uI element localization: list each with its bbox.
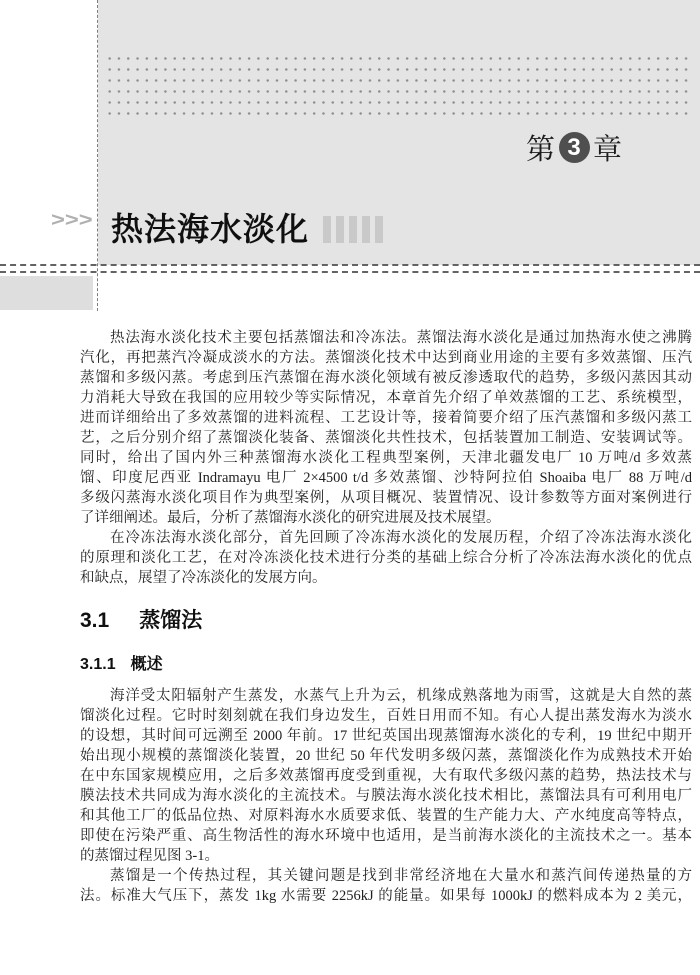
text-line: 在中东国家规模应用，之后多效蒸馏再度受到重视，大有取代多级闪蒸的趋势，热法技术与: [80, 766, 692, 786]
title-bar: [323, 216, 331, 243]
text-line: 和缺点，展望了冷冻淡化的发展方向。: [80, 568, 692, 588]
text-line: 了详细阐述。最后，分析了蒸馏海水淡化的研究进展及技术展望。: [80, 508, 692, 528]
overview-paragraph-1: 海洋受太阳辐射产生蒸发，水蒸气上升为云，机缘成熟落地为雨雪，这就是大自然的蒸馏淡…: [80, 686, 692, 866]
heading-number: 3.1: [80, 609, 109, 632]
page-content: 热法海水淡化技术主要包括蒸馏法和冷冻法。蒸馏法海水淡化是通过加热海水使之沸腾汽化…: [80, 328, 692, 906]
text-line: 艺，之后分别介绍了蒸馏淡化装备、蒸馏淡化共性技术，包括装置加工制造、安装调试等。: [80, 428, 692, 448]
text-line: 同时，给出了国内外三种蒸馏海水淡化工程典型案例，天津北疆发电厂 10 万吨/d …: [80, 448, 692, 468]
text-line: 多级闪蒸海水淡化项目作为典型案例，从项目概况、装置情况、设计参数等方面对案例进行: [80, 488, 692, 508]
book-page: 第 3 章 热法海水淡化 >>> 热法海水淡化技术主要包括蒸馏法和冷冻法。蒸馏法…: [0, 0, 700, 975]
chevrons-icon: >>>: [51, 210, 93, 232]
chapter-prefix: 第: [526, 127, 556, 168]
chapter-number-badge: 3: [559, 132, 590, 163]
heading-title: 蒸馏法: [139, 609, 202, 632]
chapter-title: 热法海水淡化: [111, 210, 309, 248]
heading-title: 概述: [131, 656, 163, 673]
text-line: 热法海水淡化技术主要包括蒸馏法和冷冻法。蒸馏法海水淡化是通过加热海水使之沸腾: [80, 328, 692, 348]
text-line: 力消耗大导致在我国的应用较少等实际情况，本章首先介绍了单效蒸馏的工艺、系统模型，: [80, 388, 692, 408]
horizontal-dashed-line-bottom: [0, 271, 700, 273]
title-bar: [349, 216, 357, 243]
intro-paragraph-1: 热法海水淡化技术主要包括蒸馏法和冷冻法。蒸馏法海水淡化是通过加热海水使之沸腾汽化…: [80, 328, 692, 528]
text-line: 在冷冻法海水淡化部分，首先回顾了冷冻海水淡化的发展历程，介绍了冷冻法海水淡化: [80, 528, 692, 548]
title-bar: [336, 216, 344, 243]
chapter-title-row: 热法海水淡化: [111, 210, 383, 248]
text-line: 馏淡化过程。它时时刻刻就在我们身边发生，百姓日用而不知。有心人提出蒸发海水为淡水: [80, 706, 692, 726]
chapter-suffix: 章: [593, 127, 623, 168]
section-3-1-heading: 3.1蒸馏法: [80, 610, 692, 632]
chapter-marker: 第 3 章: [526, 130, 623, 164]
text-line: 的设想，其时间可远溯至 2000 年前。17 世纪英国出现蒸馏海水淡化的专利，1…: [80, 726, 692, 746]
text-line: 的蒸馏过程见图 3-1。: [80, 846, 692, 866]
text-line: 和其他工厂的低品位热、对原料海水水质要求低、装置的生产能力大、产水纯度高等特点，: [80, 806, 692, 826]
text-line: 的原理和淡化工艺，在对冷冻淡化技术进行分类的基础上综合分析了冷冻法海水淡化的优点: [80, 548, 692, 568]
title-decor-bars: [323, 216, 383, 243]
intro-paragraph-2: 在冷冻法海水淡化部分，首先回顾了冷冻海水淡化的发展历程，介绍了冷冻法海水淡化的原…: [80, 528, 692, 588]
text-line: 法。标准大气压下，蒸发 1kg 水需要 2256kJ 的能量。如果每 1000k…: [80, 886, 692, 906]
overview-paragraph-2: 蒸馏是一个传热过程，其关键问题是找到非常经济地在大量水和蒸汽间传递热量的方法。标…: [80, 866, 692, 906]
text-line: 始出现小规模的蒸馏淡化装置，20 世纪 50 年代发明多级闪蒸，蒸馏淡化作为成熟…: [80, 746, 692, 766]
chapter-header: 第 3 章 热法海水淡化: [98, 0, 700, 265]
title-bar: [362, 216, 370, 243]
text-line: 进而详细给出了多效蒸馏的进料流程、工艺设计等，接着简要介绍了压汽蒸馏和多级闪蒸工: [80, 408, 692, 428]
text-line: 即使在污染严重、高生物活性的海水环境中也适用，是当前海水淡化的主流技术之一。基本: [80, 826, 692, 846]
text-line: 汽化，再把蒸汽冷凝成淡水的方法。蒸馏淡化技术中达到商业用途的主要有多效蒸馏、压汽: [80, 348, 692, 368]
dot-grid-pattern: [105, 53, 691, 123]
left-gray-block: [0, 276, 93, 310]
text-line: 蒸馏是一个传热过程，其关键问题是找到非常经济地在大量水和蒸汽间传递热量的方: [80, 866, 692, 886]
text-line: 膜法技术共同成为海水淡化的主流技术。与膜法海水淡化技术相比，蒸馏法具有可利用电厂: [80, 786, 692, 806]
title-bar: [375, 216, 383, 243]
text-line: 蒸馏和多级闪蒸。考虑到压汽蒸馏在海水淡化领域有被反渗透取代的趋势，多级闪蒸因其动: [80, 368, 692, 388]
text-line: 海洋受太阳辐射产生蒸发，水蒸气上升为云，机缘成熟落地为雨雪，这就是大自然的蒸: [80, 686, 692, 706]
section-3-1-1-heading: 3.1.1概述: [80, 656, 692, 673]
heading-number: 3.1.1: [80, 656, 116, 673]
horizontal-dashed-line-top: [0, 264, 700, 266]
text-line: 馏、印度尼西亚 Indramayu 电厂 2×4500 t/d 多效蒸馏、沙特阿…: [80, 468, 692, 488]
